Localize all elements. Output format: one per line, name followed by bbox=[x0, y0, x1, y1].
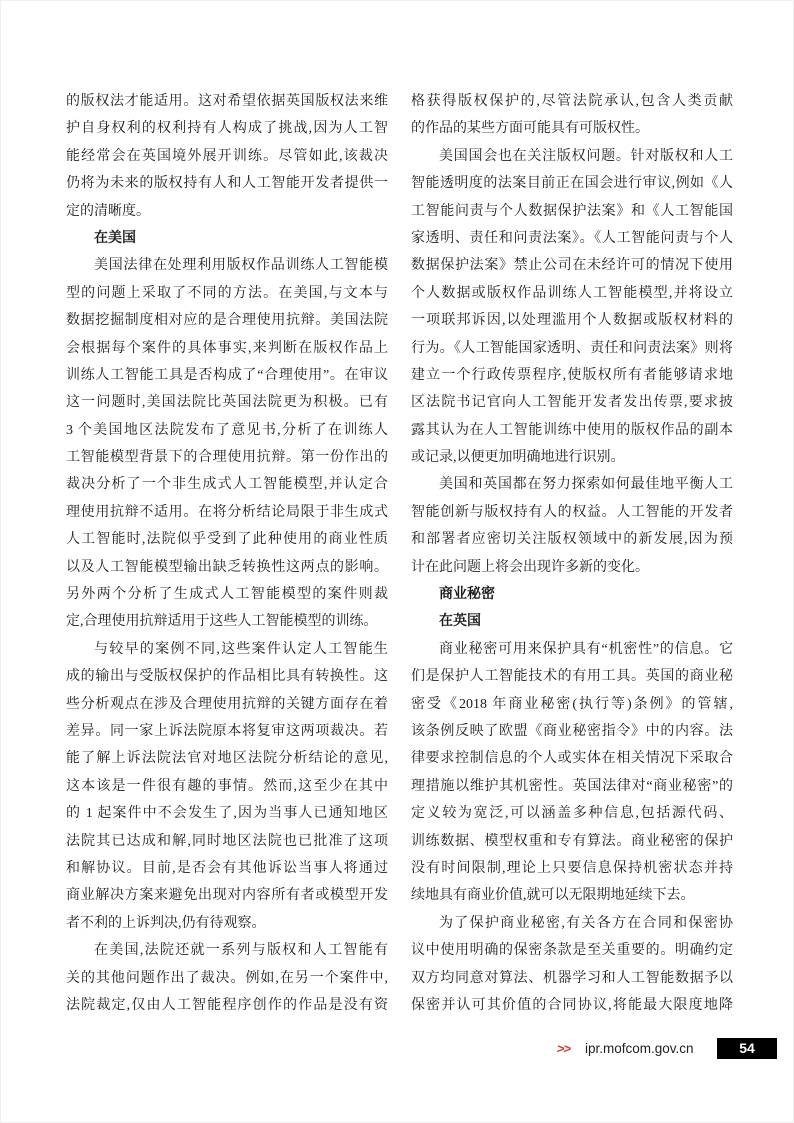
text-line: 的作品的某些方面可能具有可版权性。 bbox=[411, 115, 733, 142]
text-line: 成的输出与受版权保护的作品相比具有转换性。这 bbox=[66, 663, 388, 690]
text-line: 没有时间限制,理论上只要信息保持机密状态并持 bbox=[411, 855, 733, 882]
text-line: 或记录,以便更加明确地进行识别。 bbox=[411, 444, 733, 471]
text-line: 训练人工智能工具是否构成了“合理使用”。在审议 bbox=[66, 362, 388, 389]
text-line: 计在此问题上将会出现许多新的变化。 bbox=[411, 554, 733, 581]
text-line: 建立一个行政传票程序,使版权所有者能够请求地 bbox=[411, 362, 733, 389]
text-line: 个人数据或版权作品训练人工智能模型,并将设立 bbox=[411, 280, 733, 307]
footer-site-text: ipr.mofcom.gov.cn bbox=[585, 1041, 694, 1056]
text-line: 人工智能时,法院似乎受到了此种使用的商业性质 bbox=[66, 526, 388, 553]
text-line: 些分析观点在涉及合理使用抗辩的关键方面存在着 bbox=[66, 691, 388, 718]
text-line: 定义较为宽泛,可以涵盖多种信息,包括源代码、 bbox=[411, 800, 733, 827]
text-line: 数据挖掘制度相对应的是合理使用抗辩。美国法院 bbox=[66, 307, 388, 334]
text-line: 3 个美国地区法院发布了意见书,分析了在训练人 bbox=[66, 417, 388, 444]
text-line: 数据保护法案》禁止公司在未经许可的情况下使用 bbox=[411, 252, 733, 279]
text-line: 护自身权利的权利持有人构成了挑战,因为人工智 bbox=[66, 115, 388, 142]
text-line: 该条例反映了欧盟《商业秘密指令》中的内容。法 bbox=[411, 718, 733, 745]
section-heading: 在英国 bbox=[411, 608, 733, 635]
text-line: 裁决分析了一个非生成式人工智能模型,并认定合 bbox=[66, 471, 388, 498]
text-line: 行为。《人工智能国家透明、责任和问责法案》则将 bbox=[411, 335, 733, 362]
text-line: 差异。同一家上诉法院原本将复审这两项裁决。若 bbox=[66, 718, 388, 745]
document-page: 的版权法才能适用。这对希望依据英国版权法来维护自身权利的权利持有人构成了挑战,因… bbox=[0, 0, 794, 1123]
text-line: 理措施以维护其机密性。英国法律对“商业秘密”的 bbox=[411, 773, 733, 800]
text-line: 双方均同意对算法、机器学习和人工智能数据予以 bbox=[411, 965, 733, 992]
text-column-right: 格获得版权保护的,尽管法院承认,包含人类贡献的作品的某些方面可能具有可版权性。美… bbox=[411, 88, 733, 1019]
text-line: 和部署者应密切关注版权领域中的新发展,因为预 bbox=[411, 526, 733, 553]
text-line: 续地具有商业价值,就可以无限期地延续下去。 bbox=[411, 882, 733, 909]
text-column-left: 的版权法才能适用。这对希望依据英国版权法来维护自身权利的权利持有人构成了挑战,因… bbox=[66, 88, 388, 1019]
text-line: 为了保护商业秘密,有关各方在合同和保密协 bbox=[411, 910, 733, 937]
text-line: 定,合理使用抗辩适用于这些人工智能模型的训练。 bbox=[66, 608, 388, 635]
text-line: 一项联邦诉因,以处理滥用个人数据或版权材料的 bbox=[411, 307, 733, 334]
text-line: 美国国会也在关注版权问题。针对版权和人工 bbox=[411, 143, 733, 170]
text-line: 商业解决方案来避免出现对内容所有者或模型开发 bbox=[66, 882, 388, 909]
text-line: 工智能模型背景下的合理使用抗辩。第一份作出的 bbox=[66, 444, 388, 471]
text-line: 法院裁定,仅由人工智能程序创作的作品是没有资 bbox=[66, 992, 388, 1019]
text-line: 仍将为未来的版权持有人和人工智能开发者提供一 bbox=[66, 170, 388, 197]
text-line: 议中使用明确的保密条款是至关重要的。明确约定 bbox=[411, 937, 733, 964]
text-line: 保密并认可其价值的合同协议,将能最大限度地降 bbox=[411, 992, 733, 1019]
text-line: 露其认为在人工智能训练中使用的版权作品的副本 bbox=[411, 417, 733, 444]
text-line: 定的清晰度。 bbox=[66, 198, 388, 225]
text-line: 这本该是一件很有趣的事情。然而,这至少在其中 bbox=[66, 773, 388, 800]
text-line: 商业秘密可用来保护具有“机密性”的信息。它 bbox=[411, 636, 733, 663]
page-number-badge: 54 bbox=[717, 1038, 777, 1059]
text-line: 理使用抗辩不适用。在将分析结论局限于非生成式 bbox=[66, 499, 388, 526]
text-line: 的 1 起案件中不会发生了,因为当事人已通知地区 bbox=[66, 800, 388, 827]
text-line: 家透明、责任和问责法案》。《人工智能问责与个人 bbox=[411, 225, 733, 252]
text-line: 型的问题上采取了不同的方法。在美国,与文本与 bbox=[66, 280, 388, 307]
text-line: 区法院书记官向人工智能开发者发出传票,要求披 bbox=[411, 389, 733, 416]
text-line: 者不利的上诉判决,仍有待观察。 bbox=[66, 910, 388, 937]
text-line: 这一问题时,美国法院比英国法院更为积极。已有 bbox=[66, 389, 388, 416]
text-line: 会根据每个案件的具体事实,来判断在版权作品上 bbox=[66, 335, 388, 362]
page-footer: >> ipr.mofcom.gov.cn 54 bbox=[0, 1038, 794, 1062]
text-line: 训练数据、模型权重和专有算法。商业秘密的保护 bbox=[411, 828, 733, 855]
text-line: 密受《2018 年商业秘密(执行等)条例》的管辖, bbox=[411, 691, 733, 718]
section-heading: 在美国 bbox=[66, 225, 388, 252]
text-line: 美国和英国都在努力探索如何最佳地平衡人工 bbox=[411, 471, 733, 498]
double-chevron-icon: >> bbox=[556, 1041, 571, 1056]
text-line: 格获得版权保护的,尽管法院承认,包含人类贡献 bbox=[411, 88, 733, 115]
text-line: 能经常会在英国境外展开训练。尽管如此,该裁决 bbox=[66, 143, 388, 170]
text-line: 和解协议。目前,是否会有其他诉讼当事人将通过 bbox=[66, 855, 388, 882]
text-line: 美国法律在处理利用版权作品训练人工智能模 bbox=[66, 252, 388, 279]
text-line: 与较早的案例不同,这些案件认定人工智能生 bbox=[66, 636, 388, 663]
text-line: 能了解上诉法院法官对地区法院分析结论的意见, bbox=[66, 745, 388, 772]
text-line: 另外两个分析了生成式人工智能模型的案件则裁 bbox=[66, 581, 388, 608]
text-line: 律要求控制信息的个人或实体在相关情况下采取合 bbox=[411, 745, 733, 772]
text-line: 智能创新与版权持有人的权益。人工智能的开发者 bbox=[411, 499, 733, 526]
text-line: 以及人工智能模型输出缺乏转换性这两点的影响。 bbox=[66, 554, 388, 581]
text-line: 智能透明度的法案目前正在国会进行审议,例如《人 bbox=[411, 170, 733, 197]
text-line: 们是保护人工智能技术的有用工具。英国的商业秘 bbox=[411, 663, 733, 690]
text-line: 的版权法才能适用。这对希望依据英国版权法来维 bbox=[66, 88, 388, 115]
text-line: 在美国,法院还就一系列与版权和人工智能有 bbox=[66, 937, 388, 964]
text-line: 关的其他问题作出了裁决。例如,在另一个案件中, bbox=[66, 965, 388, 992]
section-heading: 商业秘密 bbox=[411, 581, 733, 608]
text-line: 法院其已达成和解,同时地区法院也已批准了这项 bbox=[66, 828, 388, 855]
text-line: 工智能问责与个人数据保护法案》和《人工智能国 bbox=[411, 198, 733, 225]
